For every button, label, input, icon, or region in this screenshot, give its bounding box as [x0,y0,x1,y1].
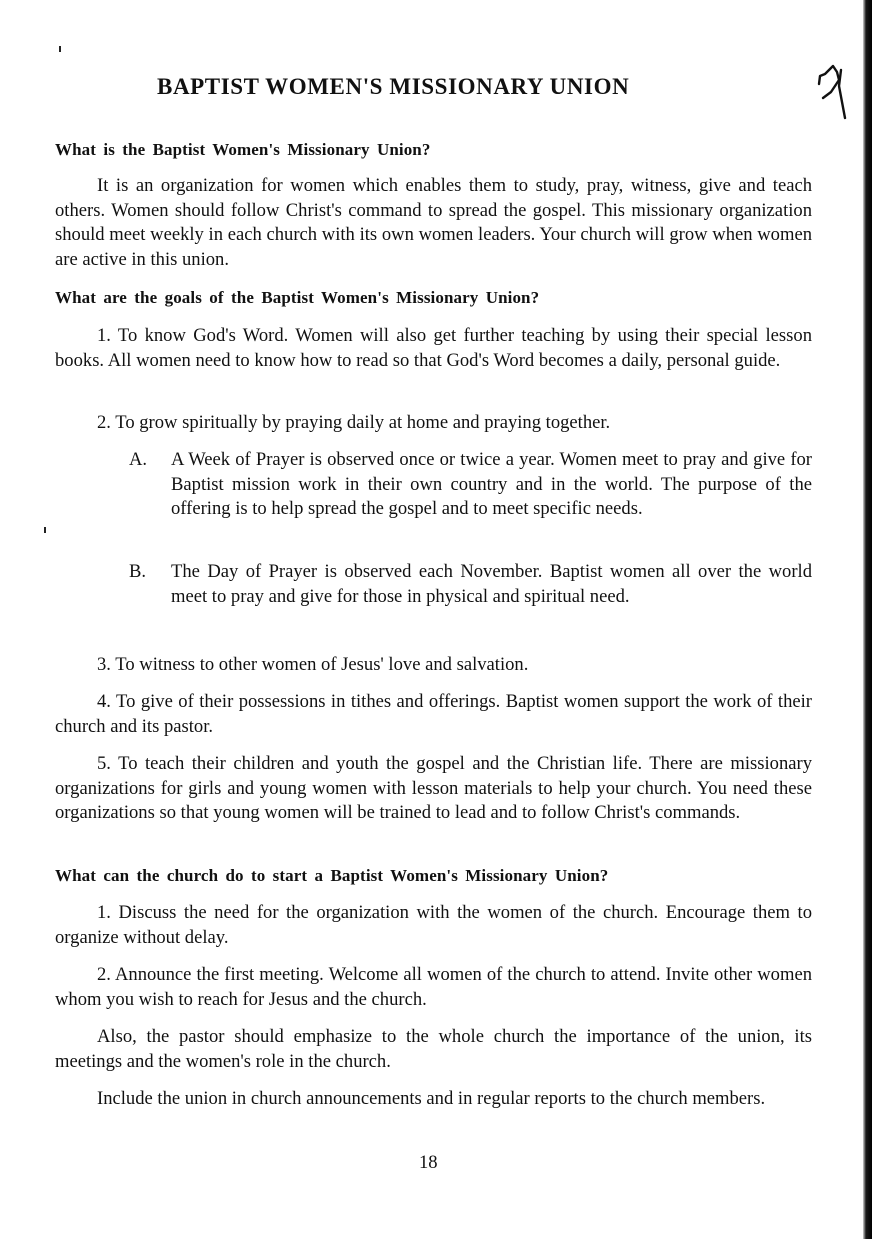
subitem-text: A Week of Prayer is observed once or twi… [171,449,812,519]
subitem-text: The Day of Prayer is observed each Novem… [171,561,812,607]
step-item: 2. Announce the first meeting. Welcome a… [55,963,812,1012]
goal-subitem: B. The Day of Prayer is observed each No… [171,560,812,609]
handwritten-number-mark [815,62,855,122]
paragraph: It is an organization for women which en… [55,174,812,272]
subitem-letter: A. [129,448,147,473]
paragraph: Include the union in church announcement… [55,1087,812,1112]
goal-item: 3. To witness to other women of Jesus' l… [55,653,812,678]
scan-edge-shadow [863,0,872,1239]
goal-item: 2. To grow spiritually by praying daily … [55,411,812,436]
paragraph: Also, the pastor should emphasize to the… [55,1025,812,1074]
scan-speck [44,527,46,533]
scan-speck [59,46,61,52]
page-number: 18 [419,1152,438,1174]
section-heading: What can the church do to start a Baptis… [55,866,608,886]
subitem-letter: B. [129,560,146,585]
section-heading: What is the Baptist Women's Missionary U… [55,140,430,160]
goal-item: 1. To know God's Word. Women will also g… [55,324,812,373]
page-title: BAPTIST WOMEN'S MISSIONARY UNION [157,74,629,100]
section-heading: What are the goals of the Baptist Women'… [55,288,539,308]
goal-subitem: A. A Week of Prayer is observed once or … [171,448,812,522]
step-item: 1. Discuss the need for the organization… [55,901,812,950]
goal-item: 5. To teach their children and youth the… [55,752,812,826]
goal-item: 4. To give of their possessions in tithe… [55,690,812,739]
